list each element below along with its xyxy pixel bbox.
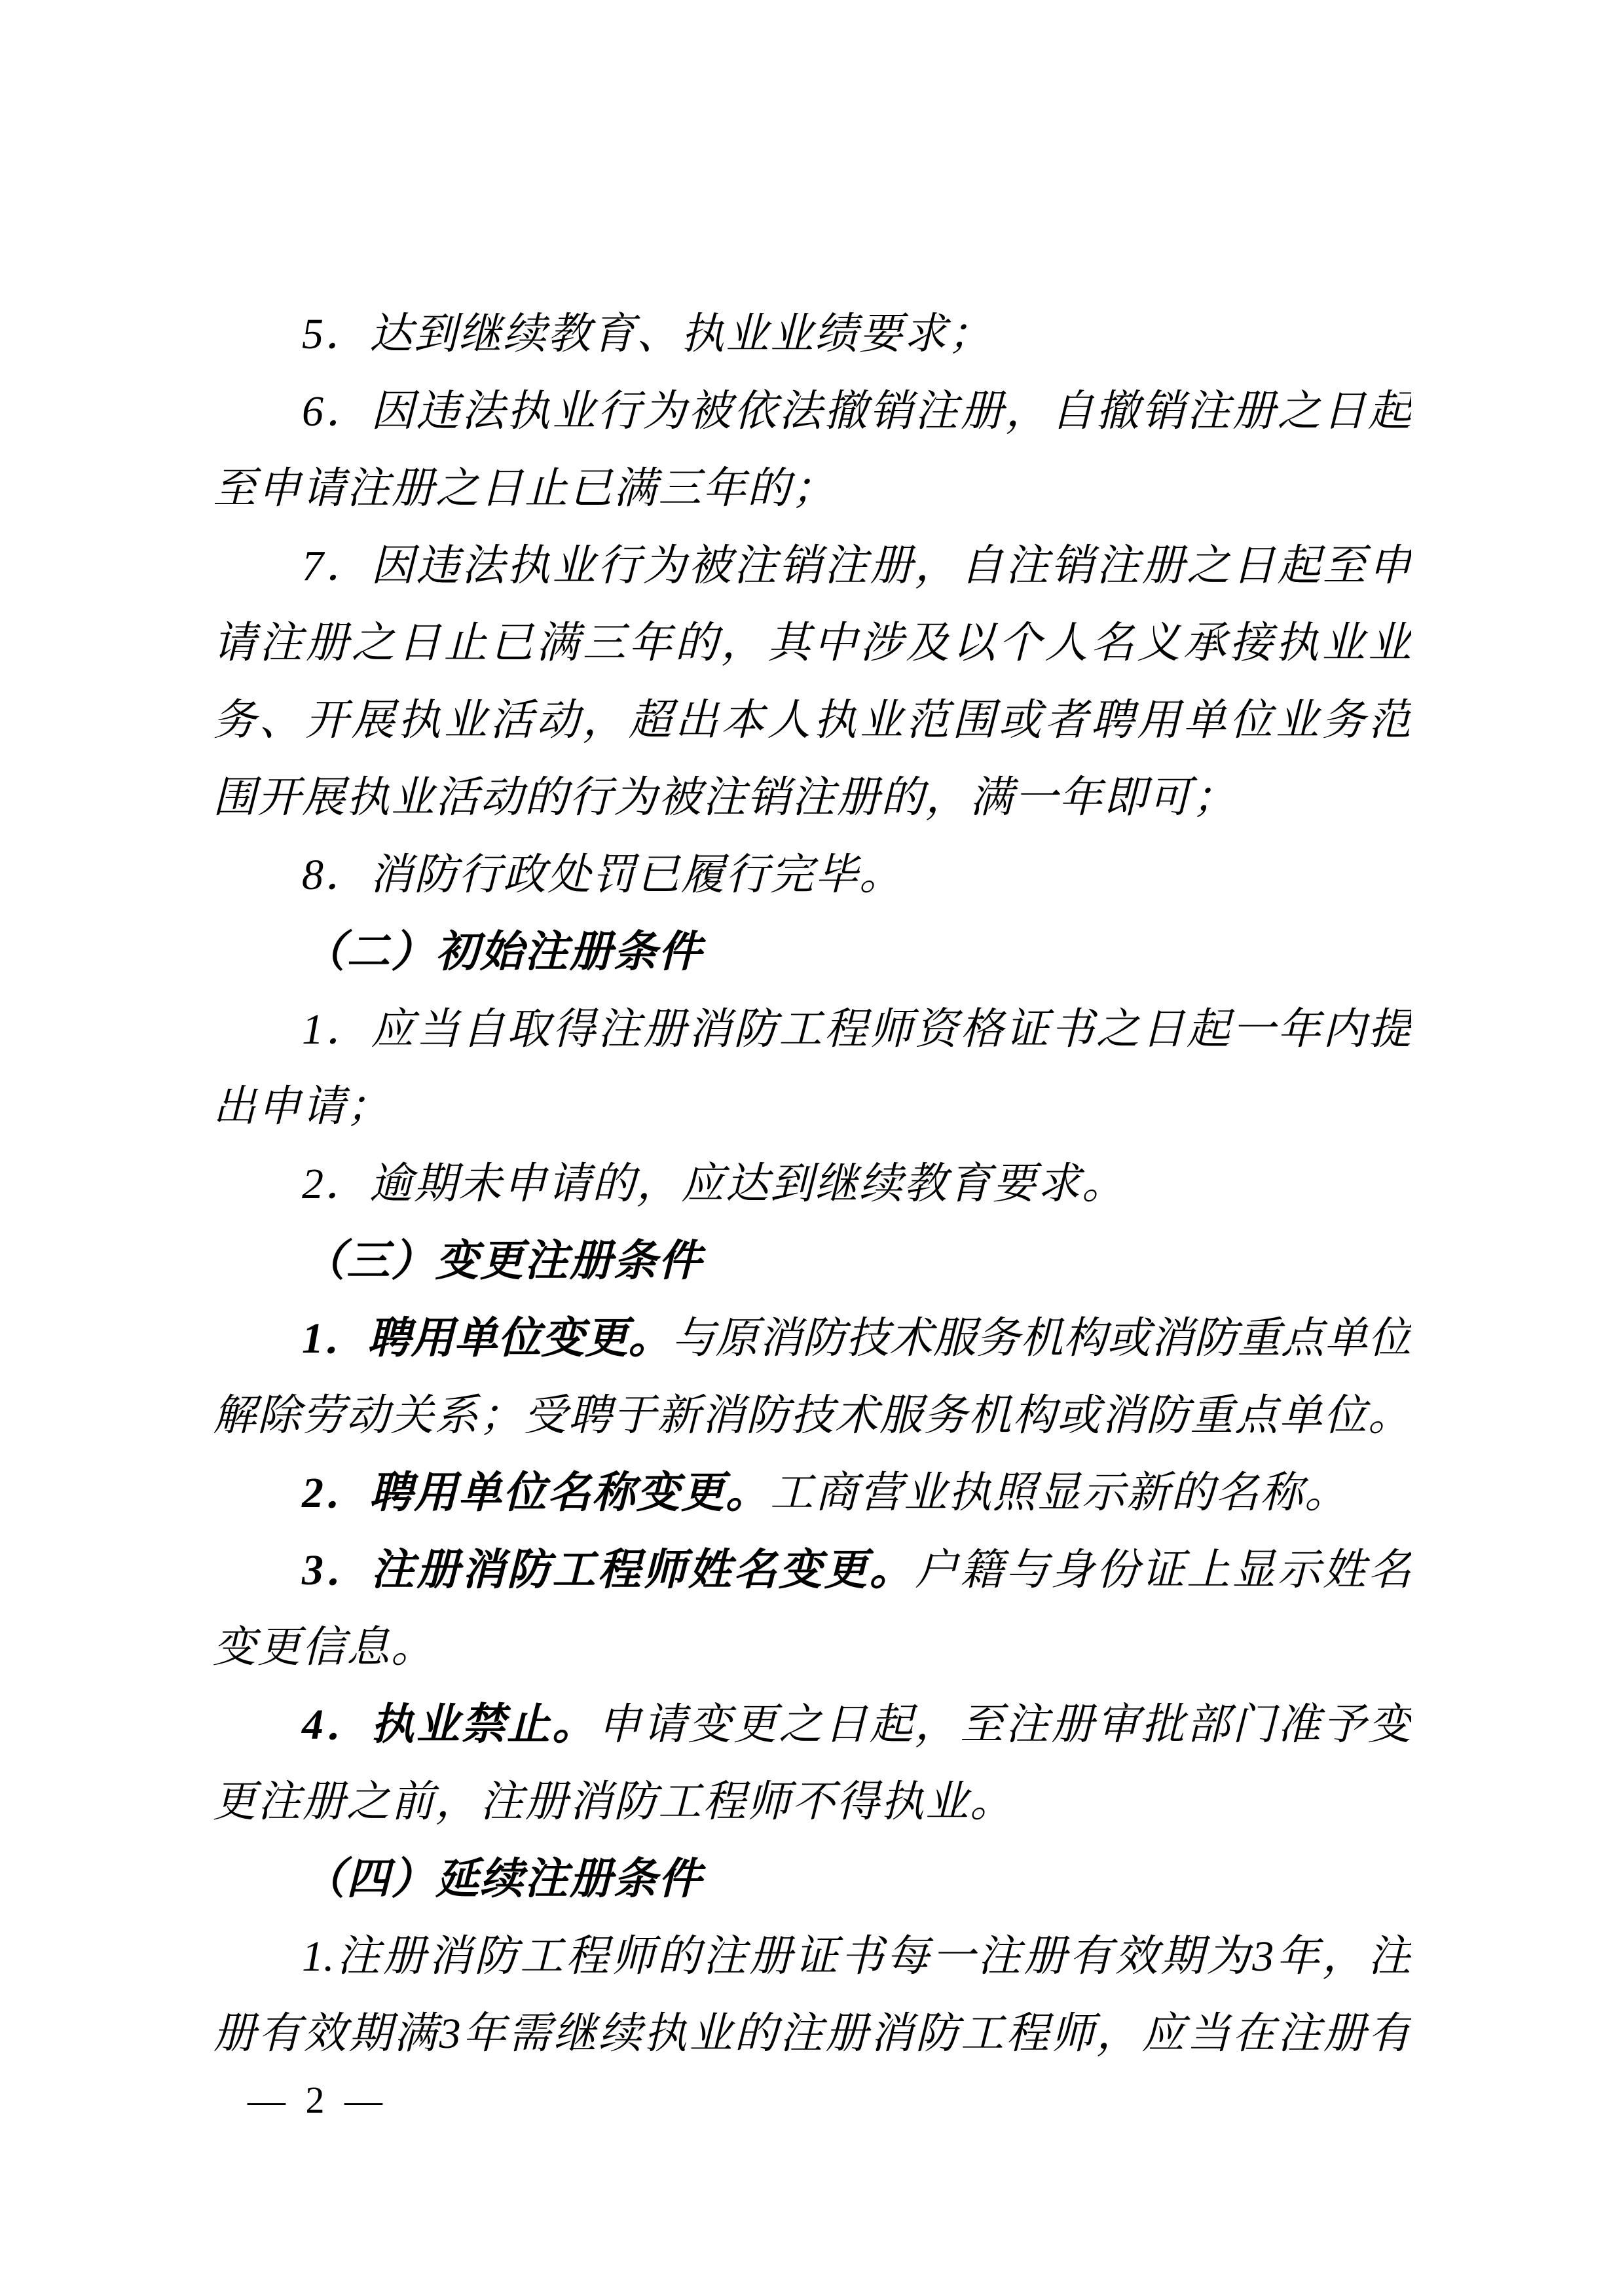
text-line: 务、开展执业活动，超出本人执业范围或者聘用单位业务范 xyxy=(213,682,1411,759)
text-segment: 申请变更之日起，至注册审批部门准予变 xyxy=(597,1701,1411,1749)
text-segment: 更注册之前，注册消防工程师不得执业。 xyxy=(213,1778,1014,1826)
text-segment: 户籍与身份证上显示姓名 xyxy=(915,1546,1411,1594)
text-segment: 解除劳动关系；受聘于新消防技术服务机构或消防重点单位。 xyxy=(213,1392,1411,1440)
text-segment: 2．逾期未申请的，应达到继续教育要求。 xyxy=(302,1160,1126,1208)
text-segment: 2．聘用单位名称变更。 xyxy=(302,1469,770,1517)
text-segment: 与原消防技术服务机构或消防重点单位 xyxy=(672,1315,1411,1362)
section-heading: （二）初始注册条件 xyxy=(213,914,1411,991)
text-line: 解除劳动关系；受聘于新消防技术服务机构或消防重点单位。 xyxy=(213,1377,1411,1455)
text-segment: 7．因违法执业行为被注销注册，自注销注册之日起至申 xyxy=(302,542,1411,590)
text-segment: 请注册之日止已满三年的，其中涉及以个人名义承接执业业 xyxy=(213,619,1411,667)
text-line: 请注册之日止已满三年的，其中涉及以个人名义承接执业业 xyxy=(213,605,1411,682)
text-line: 册有效期满3年需继续执业的注册消防工程师，应当在注册有 xyxy=(213,1995,1411,2073)
text-line: 更注册之前，注册消防工程师不得执业。 xyxy=(213,1764,1411,1841)
text-line: 3．注册消防工程师姓名变更。户籍与身份证上显示姓名 xyxy=(213,1532,1411,1609)
text-segment: 务、开展执业活动，超出本人执业范围或者聘用单位业务范 xyxy=(213,697,1411,744)
page-footer: — 2 — xyxy=(248,2074,388,2126)
document-body: 5．达到继续教育、执业业绩要求；6．因违法执业行为被依法撤销注册，自撤销注册之日… xyxy=(213,296,1411,2073)
text-segment: 工商营业执照显示新的名称。 xyxy=(770,1469,1349,1517)
text-line: 1．聘用单位变更。与原消防技术服务机构或消防重点单位 xyxy=(213,1300,1411,1377)
text-segment: 1.注册消防工程师的注册证书每一注册有效期为3年，注 xyxy=(302,1933,1411,1980)
text-segment: 1．聘用单位变更。 xyxy=(302,1315,672,1362)
page-number: — 2 — xyxy=(248,2079,388,2121)
text-segment: 3．注册消防工程师姓名变更。 xyxy=(302,1546,915,1594)
text-segment: 5．达到继续教育、执业业绩要求； xyxy=(302,310,993,358)
text-line: 2．逾期未申请的，应达到继续教育要求。 xyxy=(213,1146,1411,1223)
text-line: 7．因违法执业行为被注销注册，自注销注册之日起至申 xyxy=(213,528,1411,605)
text-segment: 册有效期满3年需继续执业的注册消防工程师，应当在注册有 xyxy=(213,2010,1411,2058)
text-segment: 8．消防行政处罚已履行完毕。 xyxy=(302,851,904,899)
text-segment: 至申请注册之日止已满三年的； xyxy=(213,465,836,513)
text-line: 1．应当自取得注册消防工程师资格证书之日起一年内提 xyxy=(213,991,1411,1068)
text-line: 1.注册消防工程师的注册证书每一注册有效期为3年，注 xyxy=(213,1918,1411,1995)
text-line: 4．执业禁止。申请变更之日起，至注册审批部门准予变 xyxy=(213,1686,1411,1764)
text-segment: （四）延续注册条件 xyxy=(302,1855,703,1903)
text-segment: 4．执业禁止。 xyxy=(302,1701,597,1749)
text-segment: 6．因违法执业行为被依法撤销注册，自撤销注册之日起 xyxy=(302,388,1411,435)
text-line: 变更信息。 xyxy=(213,1609,1411,1686)
text-segment: 1．应当自取得注册消防工程师资格证书之日起一年内提 xyxy=(302,1006,1411,1053)
section-heading: （四）延续注册条件 xyxy=(213,1841,1411,1918)
text-segment: 出申请； xyxy=(213,1083,391,1131)
text-line: 5．达到继续教育、执业业绩要求； xyxy=(213,296,1411,373)
text-segment: （三）变更注册条件 xyxy=(302,1237,703,1285)
text-line: 2．聘用单位名称变更。工商营业执照显示新的名称。 xyxy=(213,1455,1411,1532)
section-heading: （三）变更注册条件 xyxy=(213,1223,1411,1300)
text-segment: 变更信息。 xyxy=(213,1624,435,1671)
text-line: 8．消防行政处罚已履行完毕。 xyxy=(213,837,1411,914)
text-line: 至申请注册之日止已满三年的； xyxy=(213,450,1411,528)
text-line: 围开展执业活动的行为被注销注册的，满一年即可； xyxy=(213,759,1411,837)
text-line: 出申请； xyxy=(213,1068,1411,1146)
text-line: 6．因违法执业行为被依法撤销注册，自撤销注册之日起 xyxy=(213,373,1411,450)
document-page: 5．达到继续教育、执业业绩要求；6．因违法执业行为被依法撤销注册，自撤销注册之日… xyxy=(0,0,1624,2296)
text-segment: （二）初始注册条件 xyxy=(302,928,703,976)
text-segment: 围开展执业活动的行为被注销注册的，满一年即可； xyxy=(213,774,1237,822)
